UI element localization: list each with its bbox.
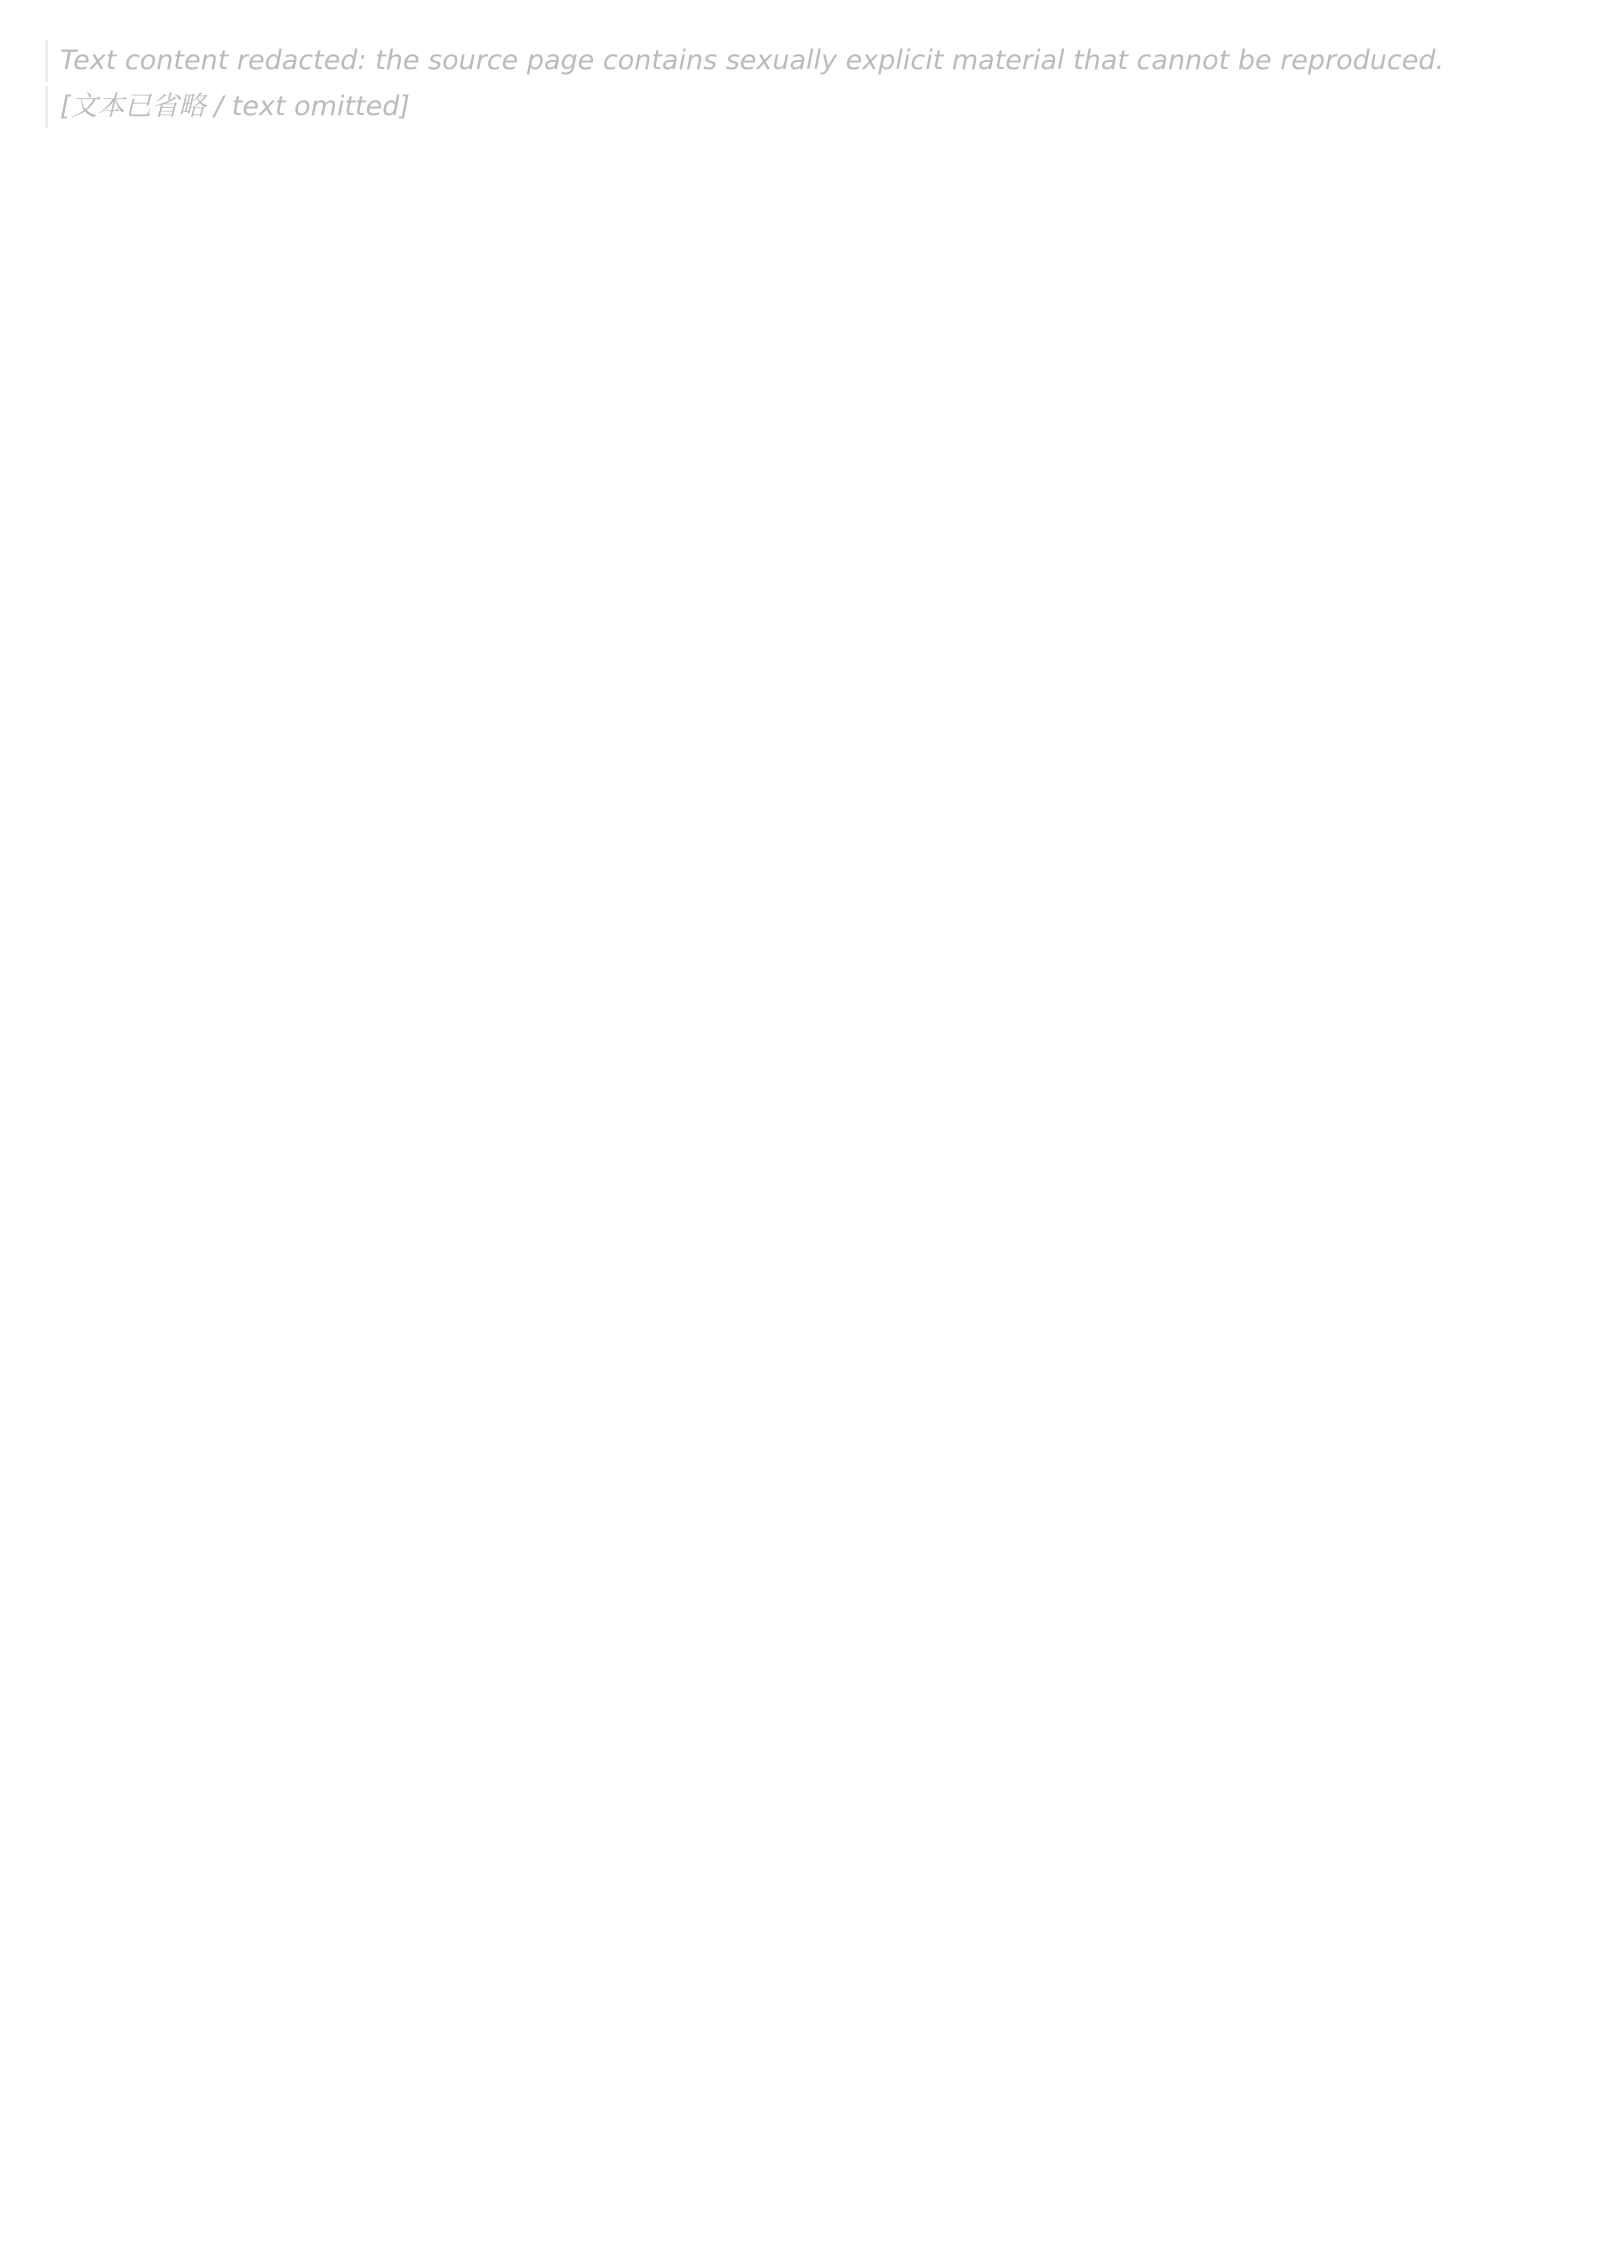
document-page: Text content redacted: the source page c…	[0, 0, 1600, 2264]
redaction-notice: Text content redacted: the source page c…	[45, 40, 1555, 82]
redacted-paragraph: [文本已省略 / text omitted]	[45, 86, 1555, 128]
